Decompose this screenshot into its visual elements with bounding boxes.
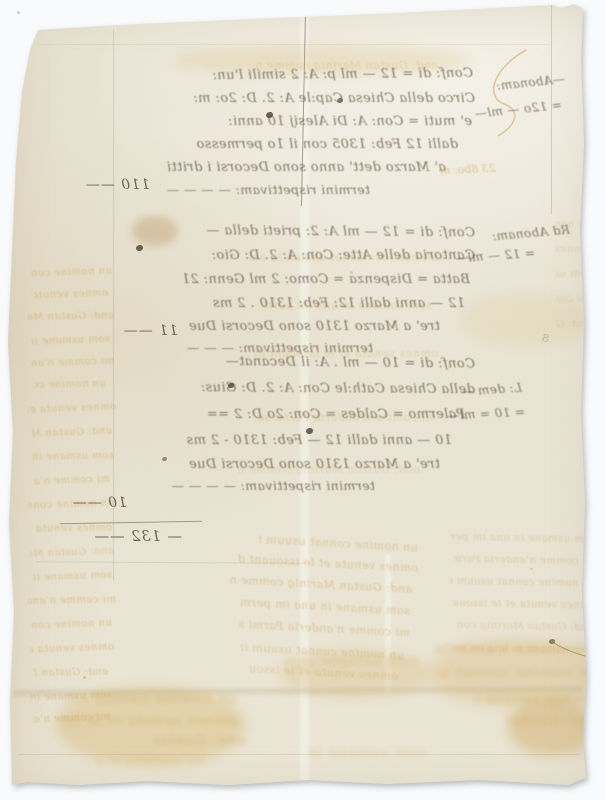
ghost-text-line: som usmane in una im perm bbox=[32, 335, 110, 348]
entry3-line5: tre' a Marzo 1310 sono Decorsi Due bbox=[140, 458, 440, 471]
smudge-text-line: mi comme n'anderia Parmi so bbox=[96, 754, 206, 768]
ink-blot bbox=[162, 457, 167, 461]
ghost-text-line: som usmane in una im perm bbox=[234, 596, 410, 616]
ink-blot bbox=[266, 112, 273, 118]
entry1-total: 110 —— bbox=[55, 178, 150, 192]
ghost-text-line: and: Gustan Marinig comme n bbox=[556, 320, 592, 330]
fox-speck bbox=[83, 676, 86, 679]
ghost-text-line: un nomine connat usuum in om bbox=[448, 577, 596, 590]
entry3-line6: termini rispettivam: — — — — bbox=[140, 480, 375, 493]
smudge-text-line: un nomine connat usuum in om bbox=[438, 666, 598, 680]
ghost-text-line: mi comme n'anderia Parmi so bbox=[238, 619, 410, 639]
manuscript-scan-page: { "scan": { "background_color": "#f9fafb… bbox=[0, 0, 605, 800]
paper-sheet: un nomine connat usuum in om omnes venut… bbox=[8, 2, 592, 794]
entry3-line4: 10 — anni dalli 12 — Feb: 1310 - 2 ms bbox=[130, 434, 452, 447]
ghost-text-line: and: Gustan Marinig comme n bbox=[230, 574, 412, 595]
smudge-text-line: som usmane in una im perm bbox=[308, 746, 426, 760]
ghost-text-line: and: Gustan Marinig comme n bbox=[28, 311, 114, 322]
grand-total: — 132 —— bbox=[70, 530, 182, 545]
ghost-text-line: un nomine connat usuum in om bbox=[258, 534, 418, 553]
ghost-text-line: omnes venuta et le issouant di bbox=[452, 599, 596, 612]
smudge-text-line: and: Gustan Marinig comme n bbox=[506, 714, 598, 728]
ghost-text-line: and: Gustan Marinig comme n bbox=[30, 547, 114, 560]
entry1-line2: Circo della Chiesa Cap:le A: 2. D: 2o: m… bbox=[175, 92, 475, 105]
ghost-text-line: som usmane in una im perm bbox=[30, 451, 114, 462]
scanner-bed-speck bbox=[17, 11, 20, 14]
ghost-text-line: and: Gustan Marinig comme n bbox=[456, 621, 594, 633]
entry1-line5: a' Marzo dett' anno sono Decorsi i dritt… bbox=[148, 161, 446, 174]
smudge-text-line: som usmane in una im perm bbox=[286, 654, 418, 668]
paper-sheet-wrapper: un nomine connat usuum in om omnes venut… bbox=[8, 2, 592, 794]
entry3-line3: Palermo = Caldes = Con: 2o D: 2 == bbox=[130, 408, 465, 421]
fox-speck bbox=[350, 271, 353, 274]
ghost-text-line: omnes venuta et le issouant di bbox=[34, 289, 108, 302]
smudge-text-line: and: Gustan Marinig comme n bbox=[154, 734, 246, 748]
ghost-text-line: omnes venuta et le issouant di bbox=[30, 643, 114, 656]
entry3-total: 10 —— bbox=[62, 496, 127, 510]
faint-date-note: 23 8bo: m bbox=[440, 163, 496, 177]
ink-blot bbox=[337, 98, 343, 103]
ink-blot bbox=[136, 245, 143, 251]
ghost-text-line: and: Gustan Marinig comme n bbox=[32, 427, 112, 440]
ghost-text-line: omnes venuta et le issouant di bbox=[28, 402, 116, 415]
ghost-text-line: omnes venuta et le issouant di bbox=[238, 553, 418, 573]
ghost-text-line: un nomine connat usuum in om bbox=[34, 379, 106, 390]
fleck-tail-hair bbox=[553, 642, 599, 662]
entry3-line1: Conf: di = 10 — ml . A: il Decanat— bbox=[155, 354, 475, 370]
sum-rule-line bbox=[60, 521, 202, 524]
ghost-text-line: mi comme n'anderia Parmi so bbox=[34, 475, 110, 488]
ghost-text-line: mi comme n'anderia Parmi so bbox=[28, 595, 116, 607]
entry2-margin-label: Rd Abonam: bbox=[470, 224, 571, 245]
fox-speck bbox=[345, 4, 349, 8]
smudge-text-line: un nomine connat usuum in om bbox=[66, 692, 238, 706]
center-fold-hairline bbox=[301, 10, 306, 206]
entry3-line2: della Chiesa Cath:le Con: A: 2. D: Gius: bbox=[135, 381, 475, 396]
ghost-text-line: som usmane in una im perm bbox=[556, 270, 592, 280]
entry1-line6: termini rispettivam: — — — — bbox=[145, 184, 370, 197]
horizontal-crease-upper bbox=[38, 44, 548, 45]
pencil-mark: 8 bbox=[541, 331, 551, 345]
entry1-line1: Conf: di = 12 — ml p: A: 2 simili l'un: bbox=[205, 67, 473, 82]
ghost-text-line: mi comme n'anderia Parmi so bbox=[556, 295, 590, 305]
ghost-text-line: mi comme n'anderia Parmi so bbox=[454, 555, 596, 567]
ink-blot bbox=[228, 383, 234, 388]
ghost-text-line: omnes venuta et le issouant di bbox=[556, 245, 590, 255]
entry2-line2: Cantoria delle Atte: Con: A: 2. D: Gio: bbox=[135, 249, 475, 262]
entry2-line1: Conf: di = 12 — ml A: 2: prieti della — bbox=[135, 224, 475, 240]
ghost-text-line: un nomine connat usuum in om bbox=[32, 619, 112, 632]
ink-blot bbox=[306, 428, 313, 434]
ghost-text-line: som usmane in una im perm bbox=[450, 533, 596, 546]
ghost-text-line: un nomine connat usuum in om bbox=[30, 267, 112, 280]
entry2-line6: termini rispettivam: — — — bbox=[133, 342, 373, 355]
smudge-text-line: omnes venuta et le issouant di bbox=[476, 692, 596, 706]
fox-speck bbox=[530, 568, 533, 570]
entry1-line3: e' muti = Con: A: Di Alesij 10 anni: bbox=[150, 115, 472, 128]
smudge-text-line: omnes venuta et le issouant di bbox=[62, 714, 238, 728]
entry2-line5: tre' a Marzo 1310 sono Decorsi Due bbox=[148, 320, 440, 333]
entry2-line4: 12 — anni dalli 12: Feb: 1310 . 2 ms bbox=[150, 297, 465, 310]
entry2-total: 11 —— bbox=[118, 324, 178, 338]
ghost-text-line: mi comme n'anderia Parmi so bbox=[30, 357, 114, 370]
ghost-text-line: som usmane in una im perm bbox=[32, 571, 112, 584]
entry2-line3: Batta = Dispenza = Como: 2 ml Genn: 21 bbox=[135, 273, 470, 286]
ghost-text-line: and: Gustan Marinig comme n bbox=[34, 667, 108, 678]
entry1-line4: dalli 12 Feb: 1305 con il 1o permesso bbox=[150, 138, 458, 151]
